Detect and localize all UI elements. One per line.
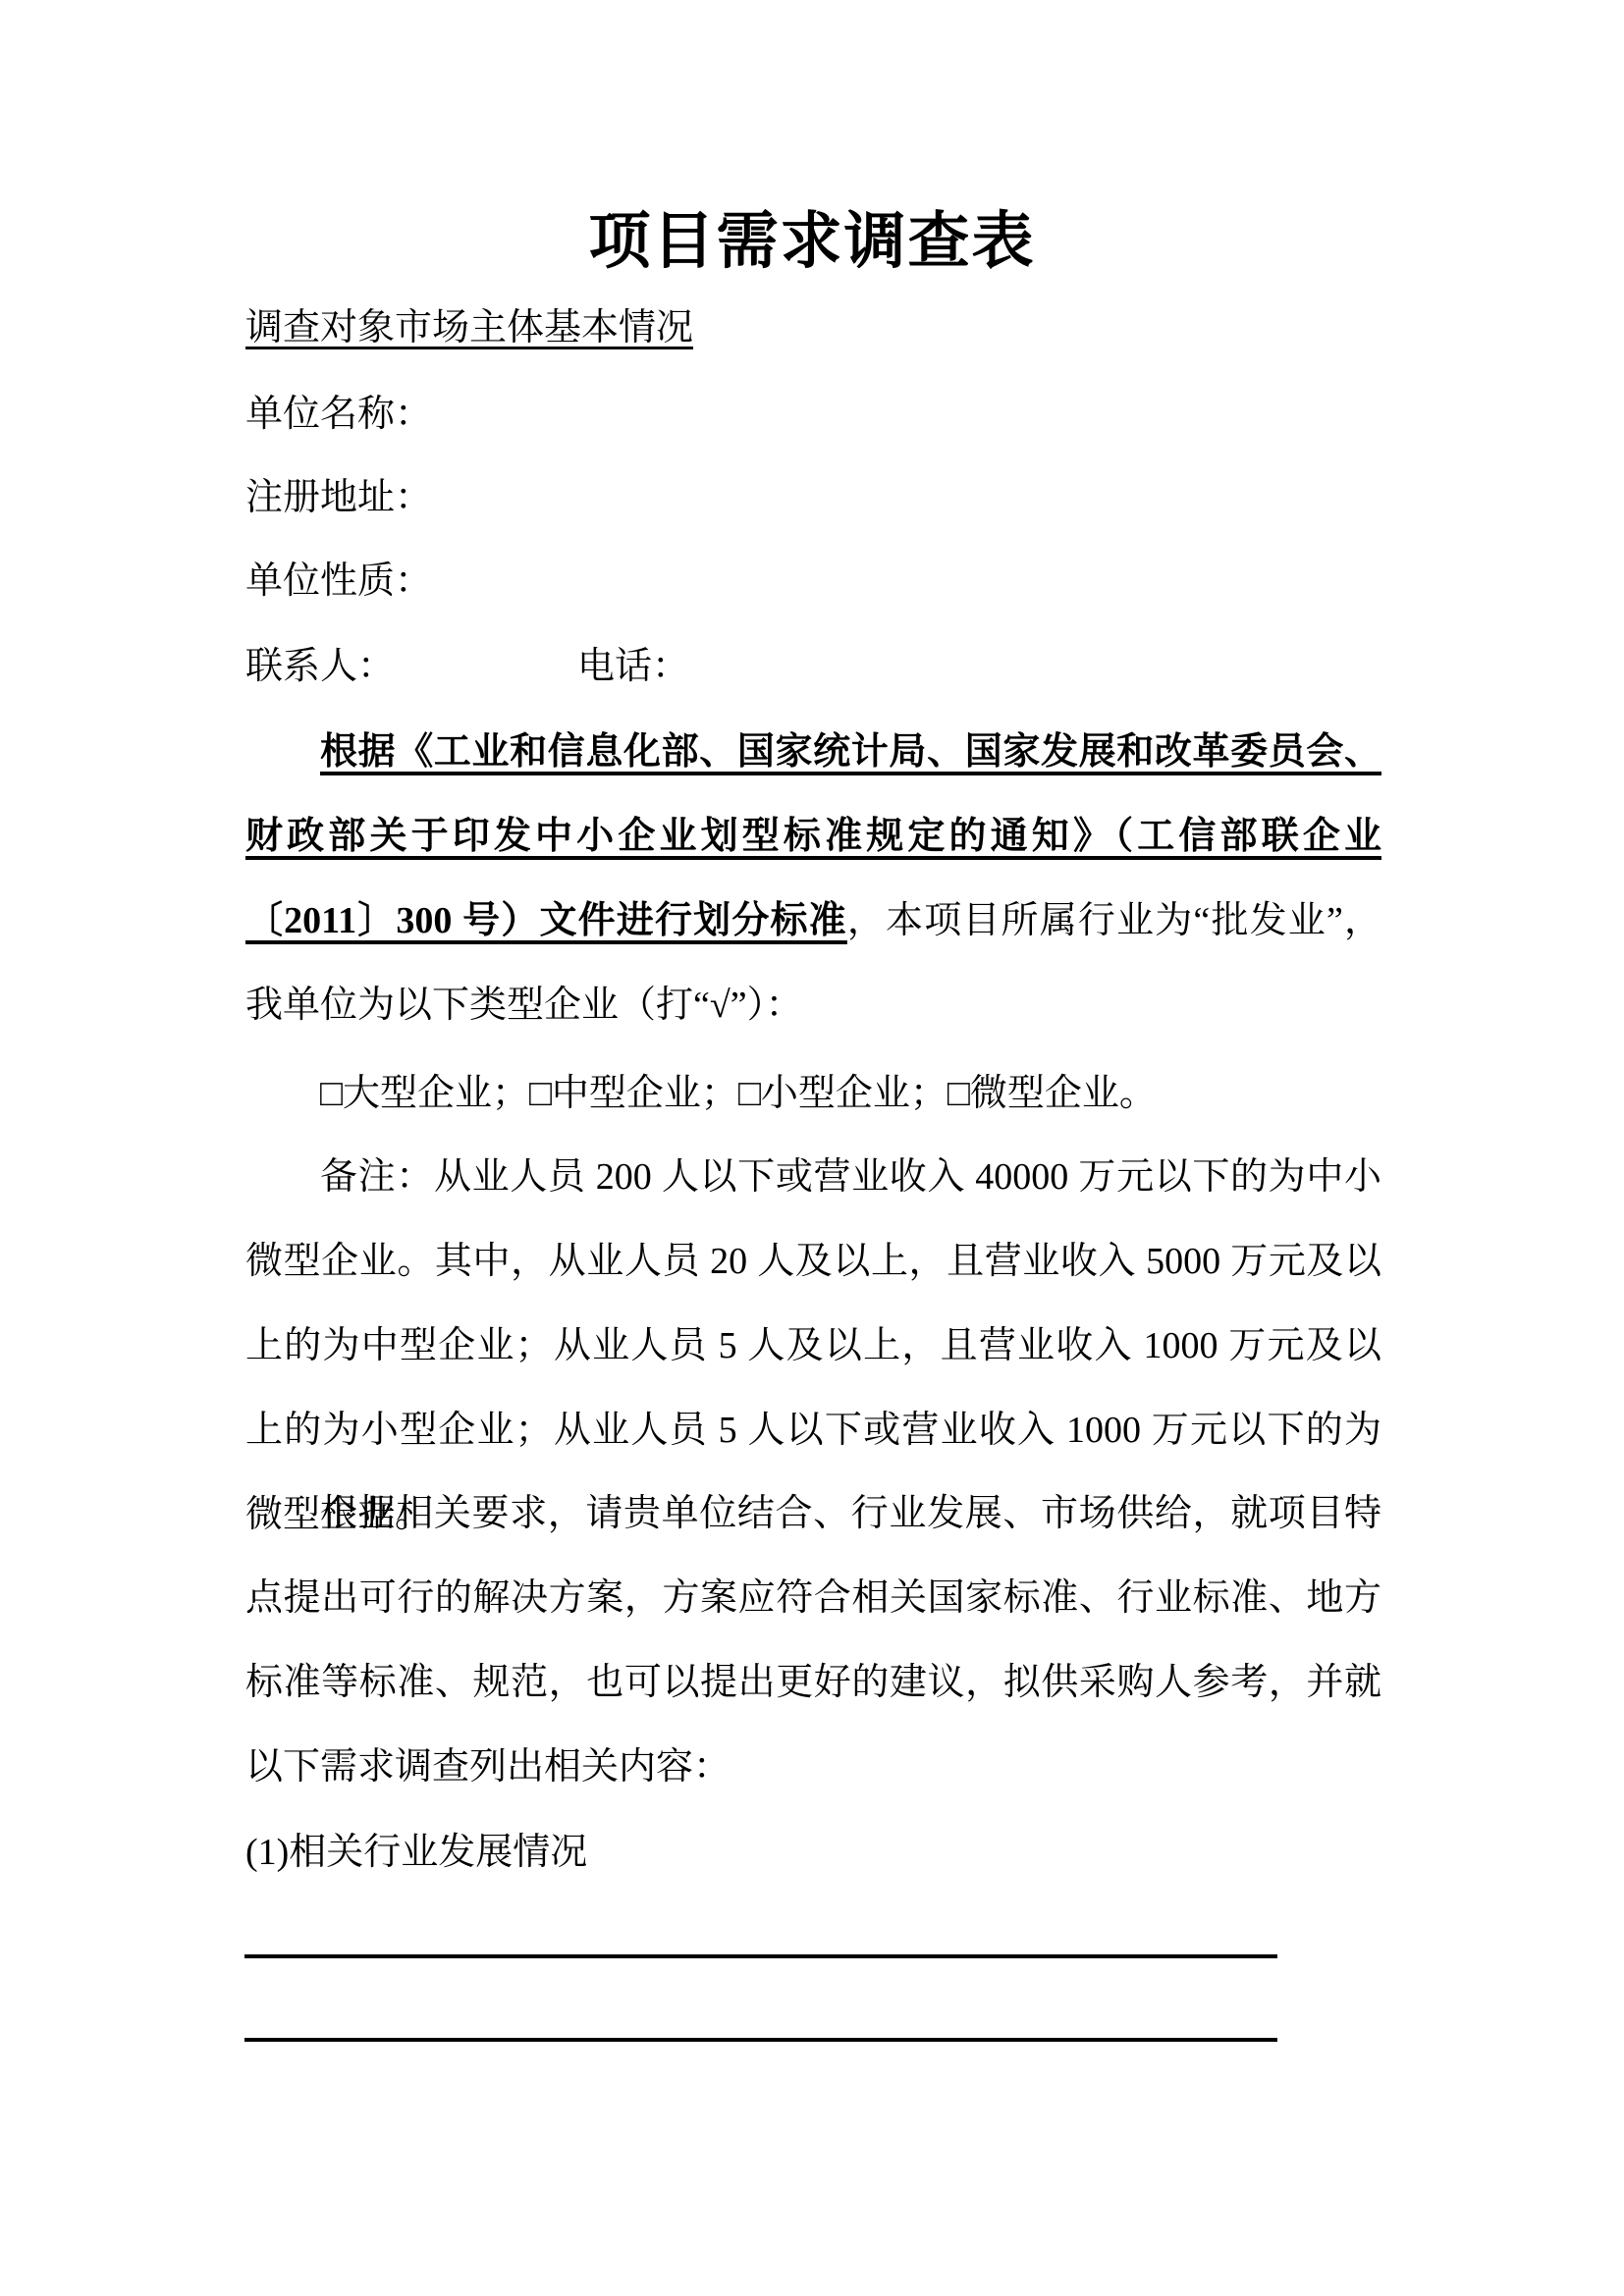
checkbox-small-enterprise[interactable]: □ bbox=[738, 1073, 761, 1114]
checkbox-medium-enterprise[interactable]: □ bbox=[529, 1073, 552, 1114]
field-row-company-type: 单位性质： bbox=[245, 539, 1381, 623]
field-row-company-name: 单位名称： bbox=[245, 372, 1381, 456]
company-name-label: 单位名称： bbox=[245, 394, 432, 435]
enterprise-option-medium-label: 中型企业； bbox=[552, 1073, 738, 1114]
contact-label: 联系人： bbox=[245, 646, 395, 687]
enterprise-option-large: □大型企业； bbox=[320, 1073, 529, 1114]
answer-line-1[interactable] bbox=[244, 1954, 1277, 1958]
field-row-contact-phone: 联系人：电话： bbox=[245, 624, 1381, 709]
checkbox-large-enterprise[interactable]: □ bbox=[320, 1073, 343, 1114]
field-row-registered-address: 注册地址： bbox=[245, 455, 1381, 540]
enterprise-option-small: □小型企业； bbox=[738, 1073, 947, 1114]
phone-label: 电话： bbox=[577, 646, 689, 687]
request-paragraph: 根据相关要求，请贵单位结合、行业发展、市场供给，就项目特点提出可行的解决方案，方… bbox=[245, 1471, 1381, 1809]
checkbox-micro-enterprise[interactable]: □ bbox=[947, 1073, 970, 1114]
enterprise-type-options: □大型企业；□中型企业；□小型企业；□微型企业。 bbox=[245, 1051, 1381, 1136]
section-heading: 调查对象市场主体基本情况 bbox=[245, 286, 1381, 370]
enterprise-option-large-label: 大型企业； bbox=[343, 1073, 529, 1114]
enterprise-option-medium: □中型企业； bbox=[529, 1073, 738, 1114]
enterprise-option-small-label: 小型企业； bbox=[761, 1073, 947, 1114]
answer-line-2[interactable] bbox=[244, 2038, 1277, 2042]
registered-address-label: 注册地址： bbox=[245, 477, 432, 518]
section-heading-text: 调查对象市场主体基本情况 bbox=[245, 307, 693, 348]
phone-input-area[interactable] bbox=[689, 669, 984, 709]
enterprise-option-micro-label: 微型企业。 bbox=[970, 1073, 1157, 1114]
company-name-input-area[interactable] bbox=[432, 417, 1119, 456]
item1-heading: (1)相关行业发展情况 bbox=[245, 1810, 1381, 1895]
enterprise-option-micro: □微型企业。 bbox=[947, 1073, 1157, 1114]
standard-paragraph: 根据《工业和信息化部、国家统计局、国家发展和改革委员会、财政部关于印发中小企业划… bbox=[245, 710, 1381, 1047]
registered-address-input-area[interactable] bbox=[432, 501, 1119, 540]
company-type-label: 单位性质： bbox=[245, 561, 432, 602]
contact-input-area[interactable] bbox=[395, 669, 577, 709]
page-title: 项目需求调查表 bbox=[0, 202, 1624, 281]
document-page: 项目需求调查表 调查对象市场主体基本情况 单位名称： 注册地址： 单位性质： 联… bbox=[0, 0, 1624, 2296]
company-type-input-area[interactable] bbox=[432, 584, 1119, 623]
